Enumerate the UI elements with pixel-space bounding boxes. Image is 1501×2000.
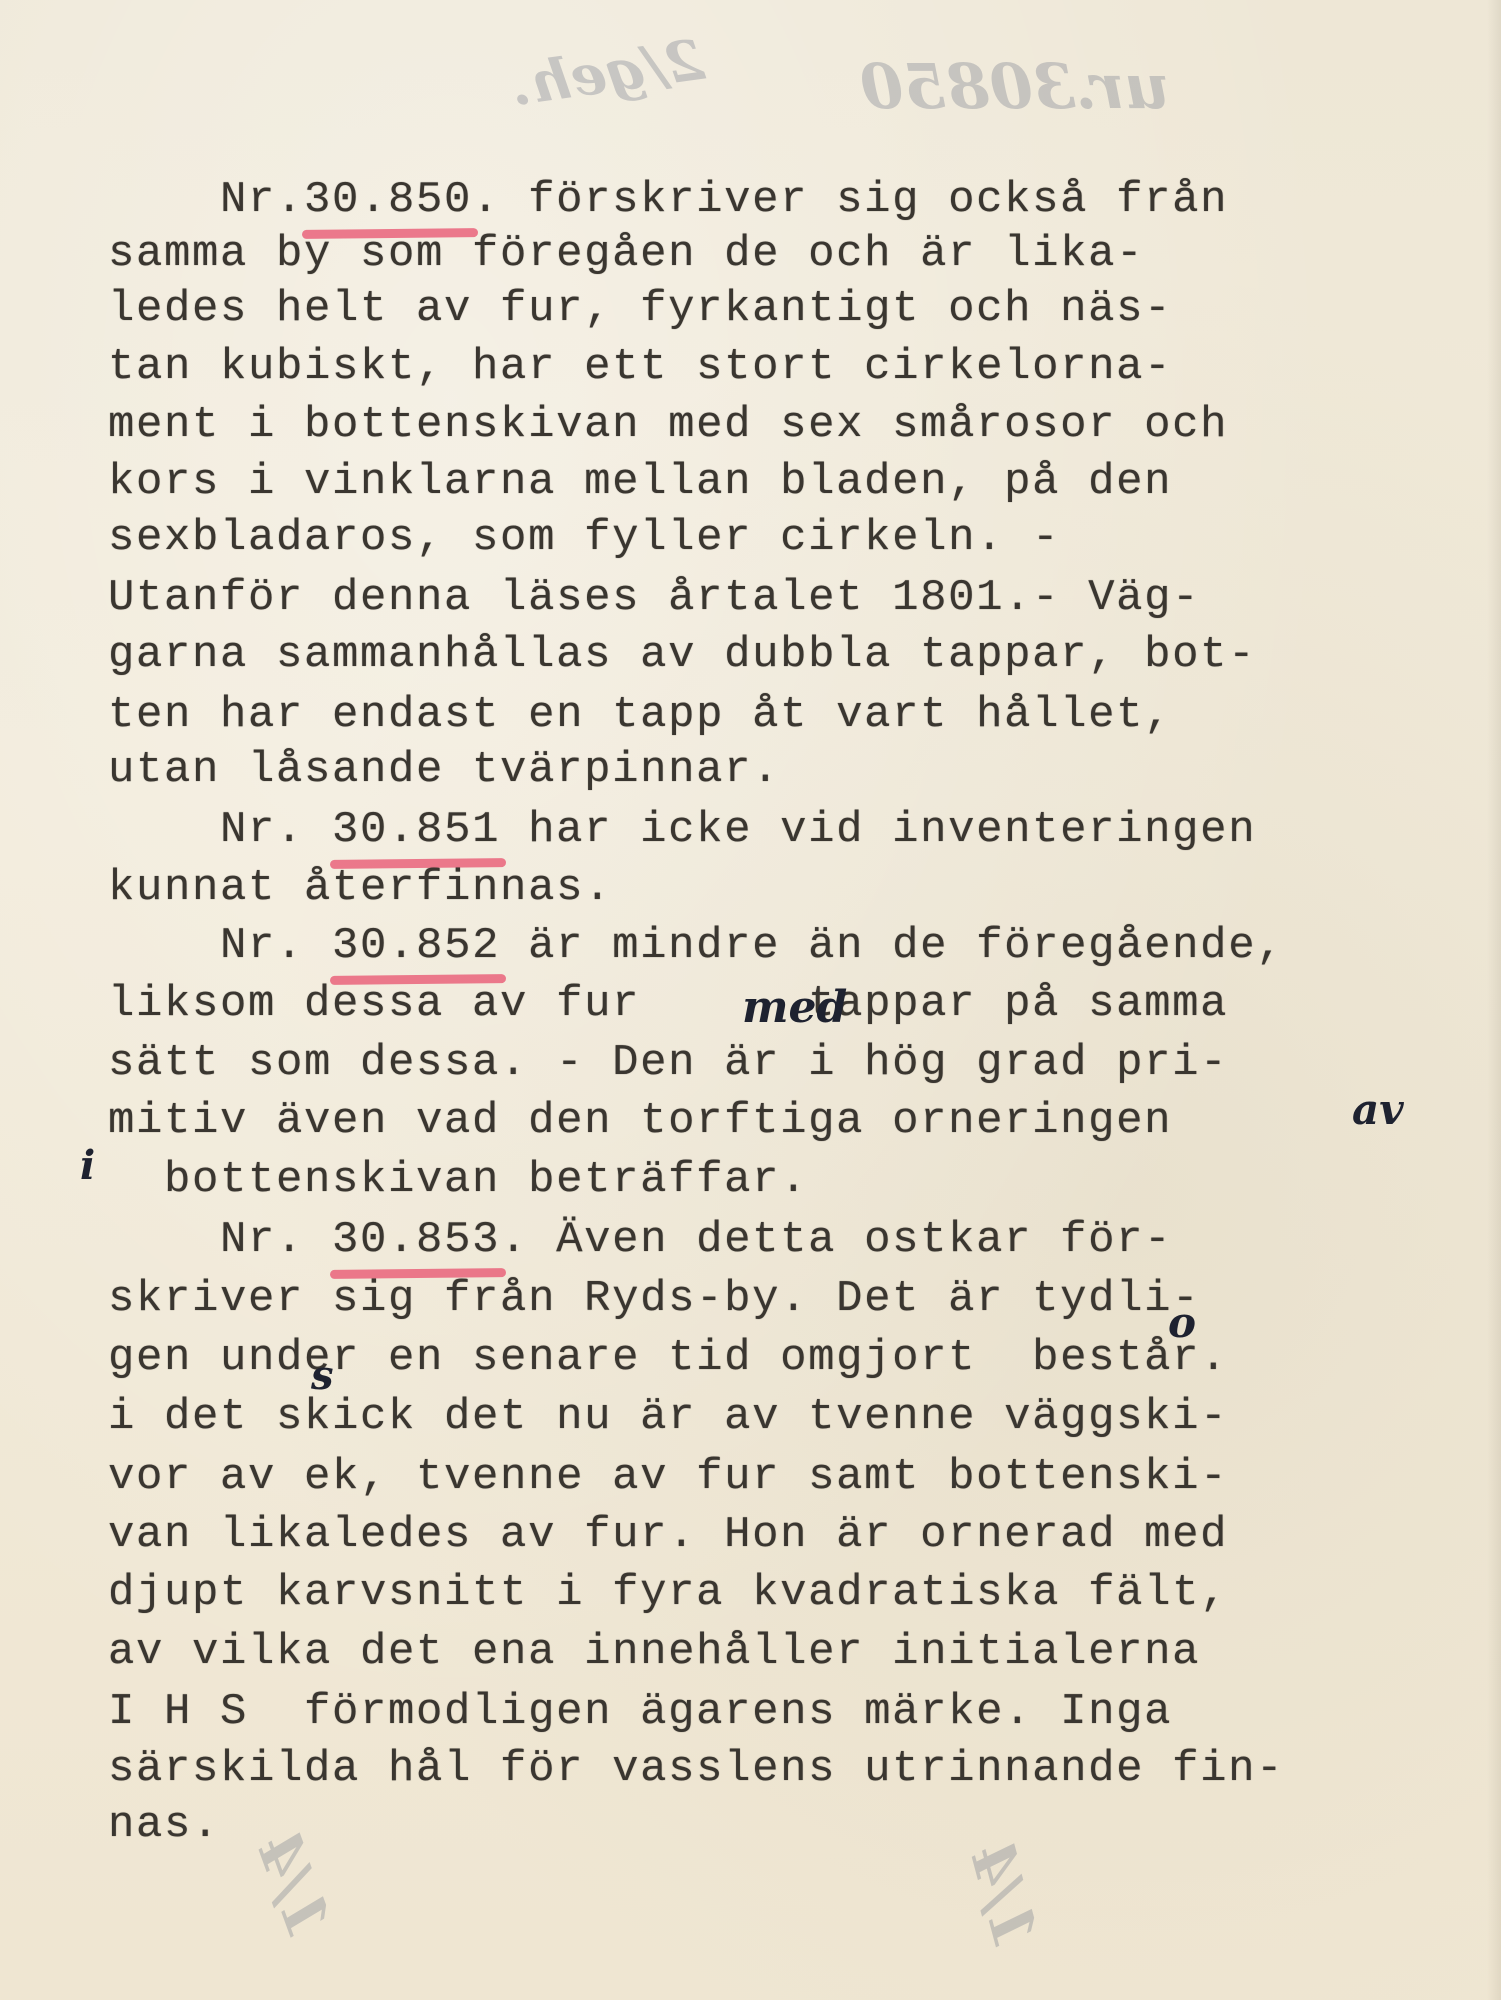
handwritten-insertion-s: s <box>311 1352 334 1399</box>
text-line: gen under en senare tid omgjort består. <box>108 1336 1228 1380</box>
highlighted-catalogue-number: 30.852 <box>332 924 500 968</box>
text-line: vor av ek, tvenne av fur samt bottenski- <box>108 1455 1228 1499</box>
entry-heading-line: Nr. 30.853. Även detta ostkar för- <box>108 1218 1172 1262</box>
text-line: sexbladaros, som fyller cirkeln. - <box>108 516 1060 560</box>
handwritten-insertion-o: o <box>1168 1298 1196 1347</box>
text-line: ten har endast en tapp åt vart hållet, <box>108 693 1172 737</box>
entry-heading-line: Nr. 30.851 har icke vid inventeringen <box>108 808 1256 852</box>
handwritten-insertion-av: av <box>1352 1085 1404 1134</box>
text-line: Utanför denna läses årtalet 1801.- Väg- <box>108 576 1200 620</box>
text-line: tan kubiskt, har ett stort cirkelorna- <box>108 345 1172 389</box>
text-line: bottenskivan beträffar. <box>108 1158 808 1202</box>
handwritten-insertion-i: i <box>80 1142 95 1189</box>
text-line: nas. <box>108 1803 220 1847</box>
text-line: mitiv även vad den torftiga orneringen <box>108 1099 1172 1143</box>
text-line: kunnat återfinnas. <box>108 866 612 910</box>
highlighted-catalogue-number: 30.850 <box>304 178 472 222</box>
text-line: djupt karvsnitt i fyra kvadratiska fält, <box>108 1571 1228 1615</box>
text-line: av vilka det ena innehåller initialerna <box>108 1630 1200 1674</box>
highlighted-catalogue-number: 30.851 <box>332 808 500 852</box>
ghost-mark-top-right: ur.30850 <box>860 50 1169 123</box>
text-line: I H S förmodligen ägarens märke. Inga <box>108 1690 1172 1734</box>
text-line: samma by som föregåen de och är lika- <box>108 232 1144 276</box>
text-line: särskilda hål för vasslens utrinnande fi… <box>108 1747 1284 1791</box>
text-line: ledes helt av fur, fyrkantigt och näs- <box>108 287 1172 331</box>
highlighted-catalogue-number: 30.853 <box>332 1218 500 1262</box>
text-line: utan låsande tvärpinnar. <box>108 748 780 792</box>
handwritten-insertion-med: med <box>742 982 847 1033</box>
text-line: van likaledes av fur. Hon är ornerad med <box>108 1513 1228 1557</box>
text-line: sätt som dessa. - Den är i hög grad pri- <box>108 1041 1228 1085</box>
entry-heading-line: Nr. 30.852 är mindre än de föregående, <box>108 924 1284 968</box>
text-line: skriver sig från Ryds-by. Det är tydli- <box>108 1277 1200 1321</box>
entry-heading-line: Nr.30.850. förskriver sig också från <box>108 178 1228 222</box>
text-line: i det skick det nu är av tvenne väggski- <box>108 1395 1228 1439</box>
text-line: kors i vinklarna mellan bladen, på den <box>108 460 1172 504</box>
text-line: liksom dessa av fur tappar på samma <box>108 982 1228 1026</box>
text-line: garna sammanhållas av dubbla tappar, bot… <box>108 633 1256 677</box>
text-line: ment i bottenskivan med sex smårosor och <box>108 403 1228 447</box>
